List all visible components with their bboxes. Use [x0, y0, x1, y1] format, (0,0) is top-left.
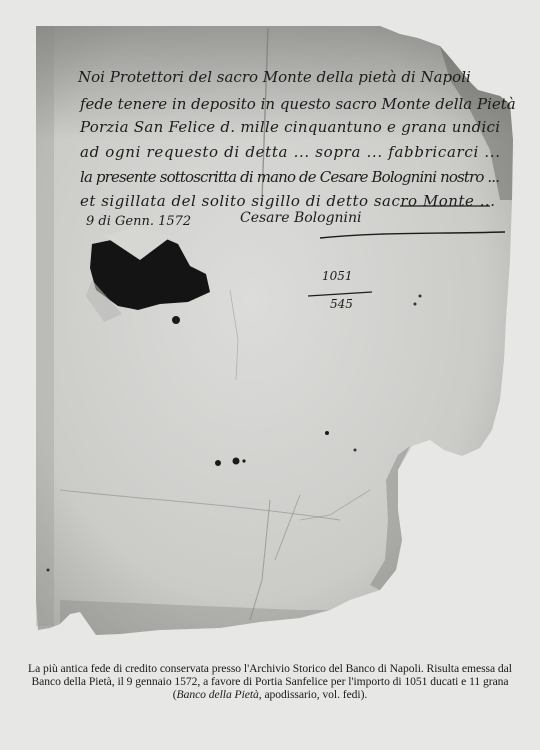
page: Noi Protettori del sacro Monte della pie…	[0, 0, 540, 750]
handwriting-line: et sigillata del solito sigillo di detto…	[80, 192, 495, 210]
handwriting-line: la presente sottoscritta di mano de Cesa…	[80, 168, 500, 186]
handwriting-line: Porzia San Felice d. mille cinquantuno e…	[79, 118, 500, 136]
handwriting-line: Noi Protettori del sacro Monte della pie…	[77, 68, 471, 86]
caption-source-italic: Banco della Pietà	[177, 688, 259, 701]
document-photo: Noi Protettori del sacro Monte della pie…	[0, 0, 540, 640]
caption-text-end: , apodissario, vol. fedi).	[259, 688, 368, 701]
handwriting-line: fede tenere in deposito in questo sacro …	[79, 95, 516, 113]
photo-caption: La più antica fede di credito conservata…	[20, 662, 520, 701]
margin-number-lower: 545	[330, 297, 353, 311]
handwriting-line: ad ogni requesto di detta ... sopra ... …	[80, 143, 500, 161]
margin-number-upper: 1051	[322, 269, 353, 283]
signature: Cesare Bolognini	[240, 210, 362, 226]
